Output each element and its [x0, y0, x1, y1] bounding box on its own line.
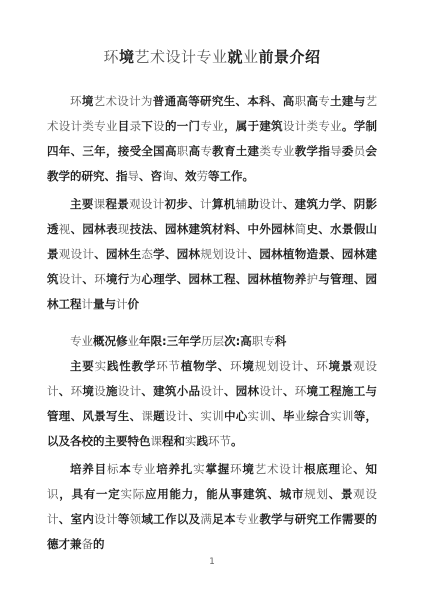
- page-number: 1: [0, 557, 424, 567]
- paragraph-practical-teaching: 主要实践性教学环节植物学、环境规划设计、环境景观设计、环境设施设计、建筑小品设计…: [47, 354, 377, 454]
- paragraph-main-courses: 主要课程景观设计初步、计算机辅助设计、建筑力学、阴影透视、园林表现技法、园林建筑…: [47, 192, 377, 317]
- paragraph-training-objectives: 培养目标本专业培养扎实掌握环境艺术设计根底理论、知识，具有一定实际应用能力，能从…: [47, 457, 377, 557]
- document-page: 环境艺术设计专业就业前景介绍 环境艺术设计为普通高等研究生、本科、高职高专土建与…: [0, 0, 424, 600]
- page-title: 环境艺术设计专业就业前景介绍: [47, 46, 377, 68]
- page-content: 环境艺术设计专业就业前景介绍 环境艺术设计为普通高等研究生、本科、高职高专土建与…: [47, 46, 377, 557]
- paragraph-overview: 环境艺术设计为普通高等研究生、本科、高职高专土建与艺术设计类专业目录下设的一门专…: [47, 89, 377, 189]
- paragraph-program-profile: 专业概况修业年限:三年学历层次:高职专科: [47, 329, 377, 354]
